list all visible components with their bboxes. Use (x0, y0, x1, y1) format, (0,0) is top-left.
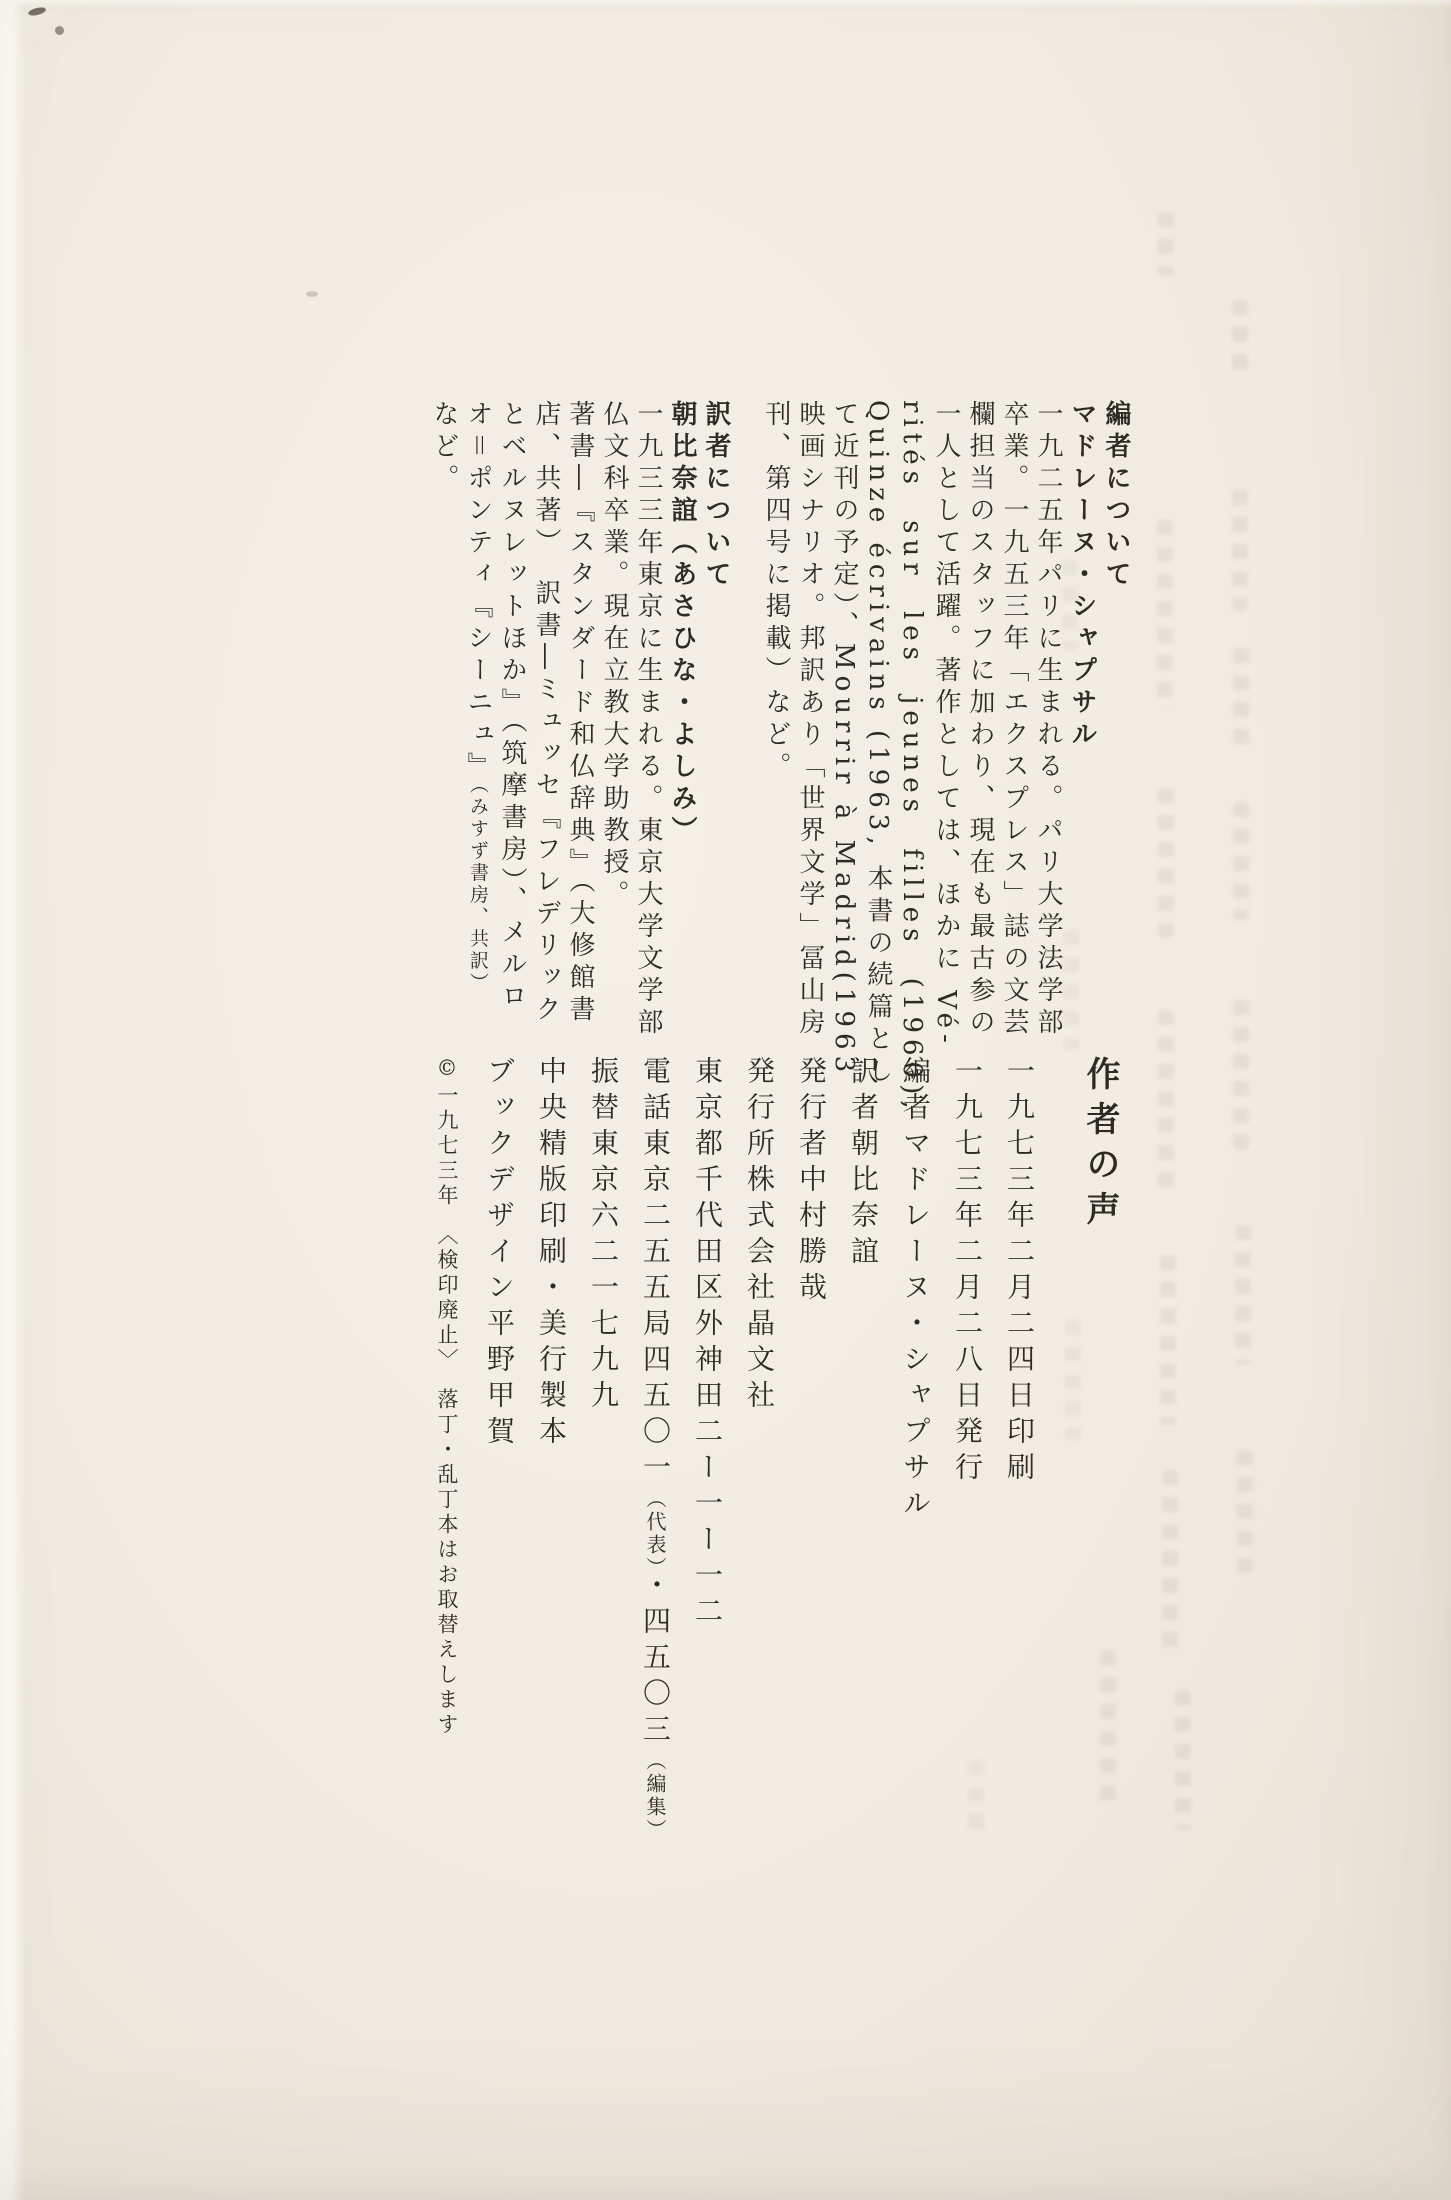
publishing-house-line: 発行所株式会社晶文社 (733, 1056, 785, 1836)
publisher-address-line: 東京都千代田区外神田二ー一ー一二 (681, 1056, 733, 1836)
editor-name: マドレーヌ・シャプサル (1065, 400, 1099, 1068)
bleedthrough-column (1175, 1690, 1191, 1830)
translator-bio-line: など。 (427, 400, 461, 1068)
scanned-book-page: 編者について マドレーヌ・シャプサル 一九二五年パリに生まれる。パリ大学法学部 … (0, 0, 1451, 2200)
copyright-symbol: © (435, 1056, 459, 1084)
bleedthrough-column (1237, 1450, 1253, 1580)
editor-bio-line: 映画シナリオ。邦訳あり「世界文学」冨山房 (793, 400, 827, 1068)
phone-sub-note: （編集） (643, 1750, 667, 1842)
book-design-line: ブックデザイン平野甲賀 (473, 1056, 525, 1836)
scan-speck (55, 26, 64, 35)
editor-bio-line: 一人として活躍。著作としては、ほかに Vé- (929, 400, 963, 1068)
printed-date-line: 一九七三年二月二四日印刷 (993, 1056, 1045, 1836)
printer-binder-line: 中央精版印刷・美行製本 (525, 1056, 577, 1836)
bleedthrough-column (1158, 788, 1174, 938)
published-date-line: 一九七三年二月二八日発行 (941, 1056, 993, 1836)
bleedthrough-column (1232, 300, 1248, 372)
editor-bio-line: 欄担当のスタッフに加わり、現在も最古参の (963, 400, 997, 1068)
editor-bio-line-latin: rités sur les jeunes filles (1960), (895, 400, 929, 1068)
translator-credit-line: 訳者朝比奈誼 (837, 1056, 889, 1836)
translator-bio-line: 仏文科卒業。現在立教大学助教授。 (597, 400, 631, 1068)
bleedthrough-column (1233, 1000, 1249, 1150)
editor-bio-line: 卒業。一九五三年「エクスプレス」誌の文芸 (997, 400, 1031, 1068)
copyright-line: ©一九七三年 〈検印廃止〉 落丁・乱丁本はお取替えします (421, 1056, 473, 1836)
bleedthrough-column (1158, 212, 1174, 276)
postal-transfer-line: 振替東京六二一七九九 (577, 1056, 629, 1836)
bleedthrough-column (1158, 1010, 1174, 1190)
colophon-block: 作者の声 一九七三年二月二四日印刷 一九七三年二月二八日発行 編者マドレーヌ・シ… (421, 1056, 1129, 1836)
bleedthrough-column (1157, 520, 1173, 710)
bleedthrough-column (1162, 1470, 1178, 1650)
translator-bio-tail-publisher: （みすず書房、共訳） (467, 784, 489, 995)
scan-speck (306, 291, 318, 297)
editor-bio-line: て近刊の予定）、Mourrir à Madrid(1963 (827, 400, 861, 1068)
bleedthrough-column (1232, 490, 1248, 610)
translator-bio-line: オ＝ポンティ『シーニュ』（みすず書房、共訳） (461, 400, 495, 1068)
editor-bio-line: 刊、第四号に掲載）など。 (759, 400, 793, 1068)
bleedthrough-column (1235, 1225, 1251, 1365)
translator-bio-line: 著書―『スタンダード和仏辞典』（大修館書 (563, 400, 597, 1068)
bleedthrough-column (1233, 802, 1249, 920)
phone-number-sub: 四五〇三 (639, 1606, 672, 1750)
translator-bio-line: 店、共著） 訳書―ミュッセ『フレデリック (529, 400, 563, 1068)
translator-bio-line: 一九三三年東京に生まれる。東京大学文学部 (631, 400, 665, 1068)
phone-number-main: 電話東京二五五局四五〇一 (639, 1056, 672, 1488)
translator-bio-line: とベルヌレットほか』（筑摩書房）、メルロ (495, 400, 529, 1068)
book-title: 作者の声 (1071, 1056, 1129, 1836)
translator-bio-tail-main: オ＝ポンティ『シーニュ』 (463, 400, 493, 784)
bleedthrough-column (1160, 1255, 1176, 1425)
bleedthrough-column (1233, 648, 1249, 748)
phone-main-note: （代表） (643, 1488, 667, 1570)
publisher-person-line: 発行者中村勝哉 (785, 1056, 837, 1836)
copyright-text: 一九七三年 〈検印廃止〉 落丁・乱丁本はお取替えします (435, 1084, 459, 1738)
scan-speck (27, 6, 46, 17)
phone-separator: ・ (639, 1570, 672, 1606)
editor-section-heading: 編者について (1099, 400, 1133, 1068)
editor-bio-line: Quinze écrivains (1963, 本書の続篇とし (861, 400, 895, 1068)
translator-name: 朝比奈誼（あさひな・よしみ） (665, 400, 699, 1068)
about-authors-block: 編者について マドレーヌ・シャプサル 一九二五年パリに生まれる。パリ大学法学部 … (427, 400, 1133, 1068)
translator-section-heading: 訳者について (699, 400, 733, 1068)
editor-bio-line: 一九二五年パリに生まれる。パリ大学法学部 (1031, 400, 1065, 1068)
phone-line: 電話東京二五五局四五〇一（代表）・四五〇三（編集） (629, 1056, 681, 1836)
editor-credit-line: 編者マドレーヌ・シャプサル (889, 1056, 941, 1836)
